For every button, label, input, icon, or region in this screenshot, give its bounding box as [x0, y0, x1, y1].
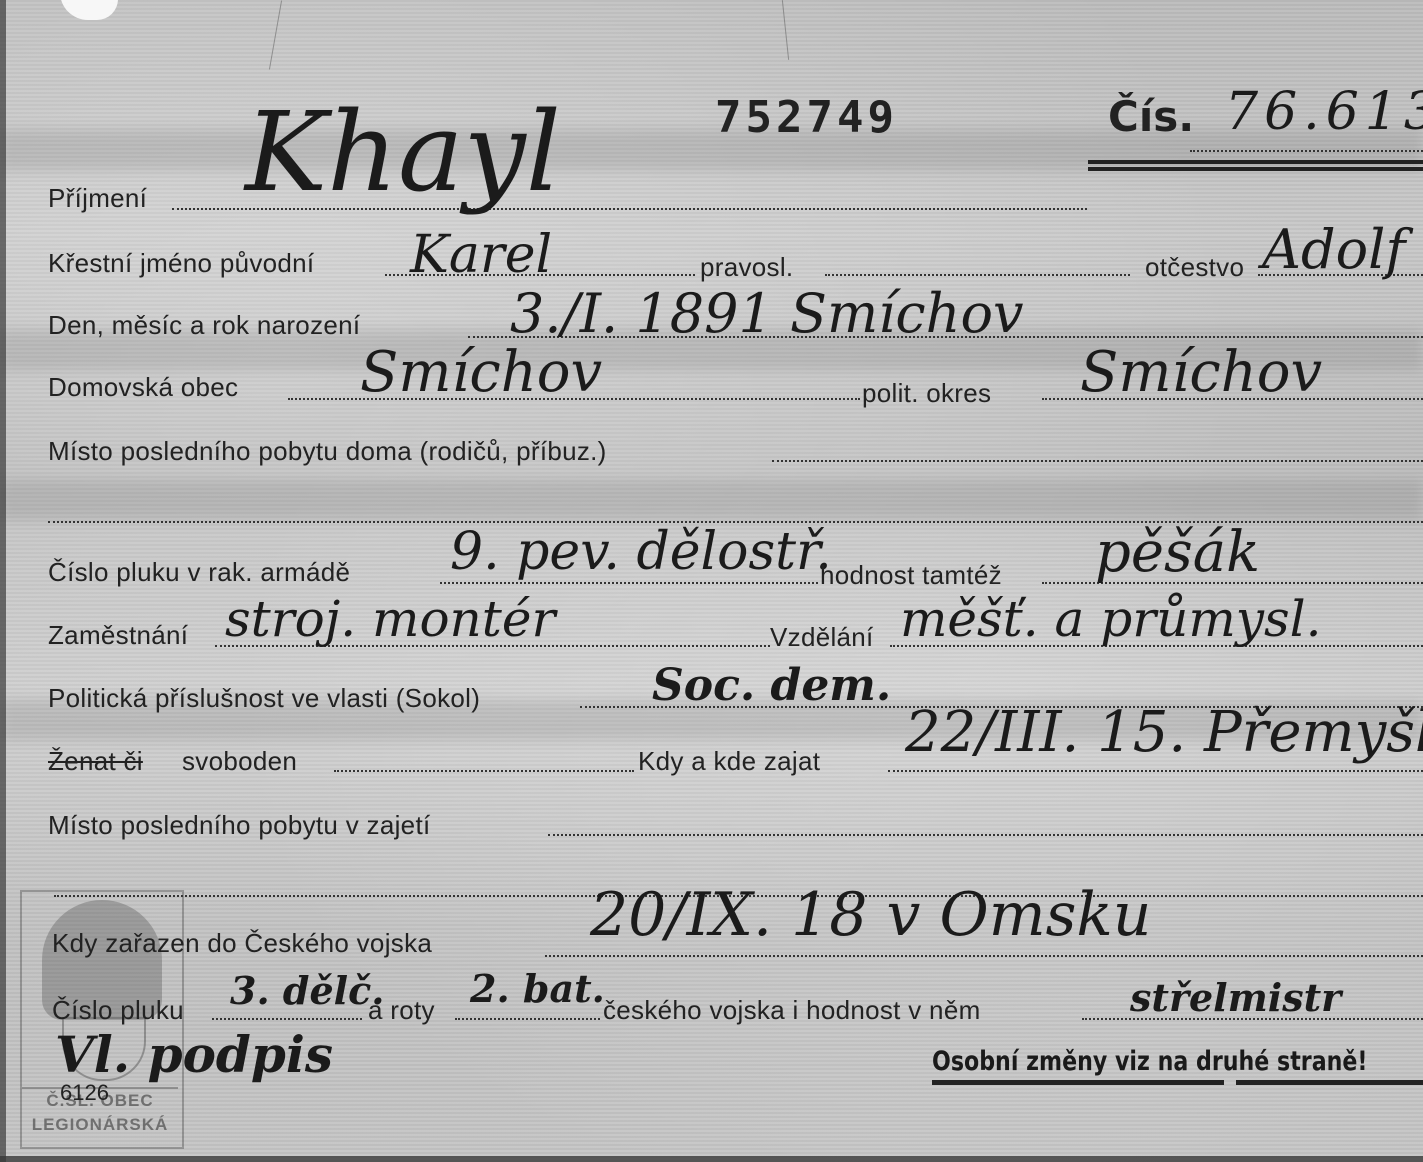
- header-rule: [1088, 167, 1423, 171]
- value-home-municipality: Smíchov: [360, 340, 602, 405]
- label-married-struck: Ženat či: [48, 746, 143, 777]
- label-joined-czech-army: Kdy zařazen do Českého vojska: [52, 928, 432, 959]
- registration-card: 752749 Čís. 76.613. Příjmení Khayl Křest…: [0, 0, 1423, 1162]
- label-company: a roty: [368, 995, 435, 1026]
- value-surname: Khayl: [245, 88, 561, 216]
- paper-crease: [269, 0, 282, 69]
- value-first-name: Karel: [410, 225, 552, 285]
- last-captivity-line: [548, 834, 1423, 836]
- value-austrian-regiment: 9. pev. dělostř.: [450, 522, 832, 582]
- label-polit-okres: polit. okres: [862, 378, 991, 409]
- label-home-municipality: Domovská obec: [48, 372, 238, 403]
- marital-line: [334, 770, 634, 772]
- footer-underline: [1236, 1080, 1423, 1085]
- czech-regiment-line: [212, 1018, 362, 1020]
- label-first-name: Křestní jméno původní: [48, 248, 314, 279]
- pravosl-line: [825, 274, 1130, 276]
- austrian-regiment-line: [440, 582, 818, 584]
- label-occupation: Zaměstnání: [48, 620, 188, 651]
- label-captured: Kdy a kde zajat: [638, 746, 820, 777]
- value-occupation: stroj. montér: [225, 590, 555, 648]
- label-austrian-regiment: Číslo pluku v rak. armádě: [48, 557, 350, 588]
- label-political-affiliation: Politická příslušnost ve vlasti (Sokol): [48, 683, 480, 714]
- company-line: [455, 1018, 600, 1020]
- value-company: 2. bat.: [470, 966, 605, 1011]
- value-birth-date: 3./I. 1891 Smíchov: [510, 282, 1023, 345]
- value-czech-regiment: 3. dělč.: [230, 968, 384, 1013]
- label-czech-regiment: Číslo pluku: [52, 995, 184, 1026]
- cis-label: Čís.: [1108, 92, 1194, 141]
- stamped-number: 752749: [715, 92, 898, 143]
- card-edge: [0, 0, 6, 1162]
- label-last-captivity: Místo posledního pobytu v zajetí: [48, 810, 431, 841]
- label-education: Vzdělání: [770, 622, 874, 653]
- value-otcestvo: Adolf: [1262, 218, 1405, 281]
- value-polit-okres: Smíchov: [1080, 340, 1322, 405]
- value-joined-czech-army: 20/IX. 18 v Omsku: [590, 880, 1151, 950]
- footer-underline: [932, 1080, 1224, 1085]
- value-czech-army-rank: střelmistr: [1130, 975, 1341, 1020]
- label-surname: Příjmení: [48, 183, 147, 214]
- label-rank-there: hodnost tamtéž: [820, 560, 1002, 591]
- cis-line: [1190, 150, 1423, 152]
- value-captured: 22/III. 15. Přemyšl: [905, 700, 1423, 765]
- label-single: svoboden: [182, 746, 297, 777]
- value-rank-there: pěšák: [1095, 520, 1260, 585]
- label-otcestvo: otčestvo: [1145, 252, 1244, 283]
- cis-value: 76.613.: [1225, 82, 1423, 142]
- value-education: měšť. a průmysl.: [900, 590, 1322, 648]
- last-home-residence-line: [772, 460, 1423, 462]
- label-last-home-residence: Místo posledního pobytu doma (rodičů, př…: [48, 436, 607, 467]
- label-pravosl: pravosl.: [700, 252, 793, 283]
- footer-note: Osobní změny viz na druhé straně!: [932, 1046, 1368, 1077]
- signature: Vl. podpis: [55, 1025, 333, 1084]
- captured-line: [888, 770, 1423, 772]
- label-birth-date: Den, měsíc a rok narození: [48, 310, 360, 341]
- header-rule: [1088, 160, 1423, 164]
- paper-crease: [782, 0, 789, 60]
- scan-shading: [0, 480, 1423, 520]
- value-political-affiliation: Soc. dem.: [652, 660, 891, 711]
- joined-czech-army-line: [545, 955, 1423, 957]
- label-czech-army-rank: českého vojska i hodnost v něm: [603, 995, 981, 1026]
- card-edge: [0, 1156, 1423, 1162]
- paper-tear: [60, 0, 118, 20]
